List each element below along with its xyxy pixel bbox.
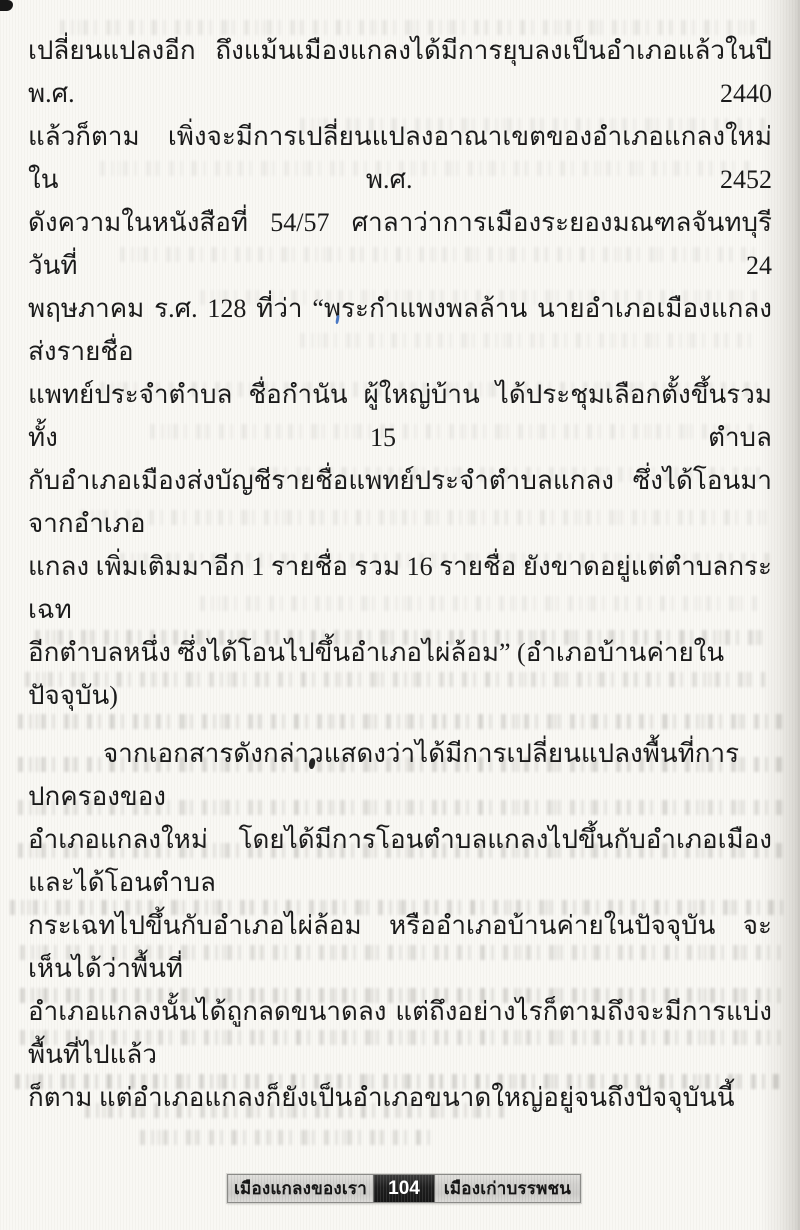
text-line: แกลง เพิ่มเติมมาอีก 1 รายชื่อ รวม 16 ราย… — [28, 545, 772, 631]
scanned-page: เปลี่ยนแปลงอีก ถึงแม้นเมืองแกลงได้มีการย… — [0, 0, 800, 1230]
body-text: เปลี่ยนแปลงอีก ถึงแม้นเมืองแกลงได้มีการย… — [28, 29, 772, 1119]
text-line: พฤษภาคม ร.ศ. 128 ที่ว่า “พระกำแพงพลล้าน … — [28, 287, 772, 373]
paragraph-2: จากเอกสารดังกล่าวแสดงว่าได้มีการเปลี่ยนแ… — [28, 732, 772, 1119]
bleedthrough-band — [140, 1130, 430, 1145]
text-line: แพทย์ประจำตำบล ชื่อกำนัน ผู้ใหญ่บ้าน ได้… — [28, 373, 772, 459]
text-line: อำเภอแกลงใหม่ โดยได้มีการโอนตำบลแกลงไปขึ… — [28, 818, 772, 904]
footer-page-number: 104 — [373, 1175, 435, 1202]
text-line: กระเฉทไปขึ้นกับอำเภอไผ่ล้อม หรืออำเภอบ้า… — [28, 904, 772, 990]
ink-blot — [0, 0, 13, 11]
paragraph-1: เปลี่ยนแปลงอีก ถึงแม้นเมืองแกลงได้มีการย… — [28, 29, 772, 717]
text-line: เปลี่ยนแปลงอีก ถึงแม้นเมืองแกลงได้มีการย… — [28, 29, 772, 115]
text-line: จากเอกสารดังกล่าวแสดงว่าได้มีการเปลี่ยนแ… — [28, 732, 772, 818]
text-line: อีกตำบลหนึ่ง ซึ่งได้โอนไปขึ้นอำเภอไผ่ล้อ… — [28, 631, 772, 717]
footer-left-title: เมืองแกลงของเรา — [228, 1175, 373, 1202]
text-line: ก็ตาม แต่อำเภอแกลงก็ยังเป็นอำเภอขนาดใหญ่… — [28, 1076, 772, 1119]
text-line: อำเภอแกลงนั้นได้ถูกลดขนาดลง แต่ถึงอย่างไ… — [28, 990, 772, 1076]
text-line: ดังความในหนังสือที่ 54/57 ศาลาว่าการเมือ… — [28, 201, 772, 287]
footer-right-title: เมืองเก่าบรรพชน — [435, 1175, 580, 1202]
text-line: แล้วก็ตาม เพิ่งจะมีการเปลี่ยนแปลงอาณาเขต… — [28, 115, 772, 201]
text-line: กับอำเภอเมืองส่งบัญชีรายชื่อแพทย์ประจำตำ… — [28, 459, 772, 545]
footer-bar: เมืองแกลงของเรา 104 เมืองเก่าบรรพชน — [227, 1174, 581, 1203]
